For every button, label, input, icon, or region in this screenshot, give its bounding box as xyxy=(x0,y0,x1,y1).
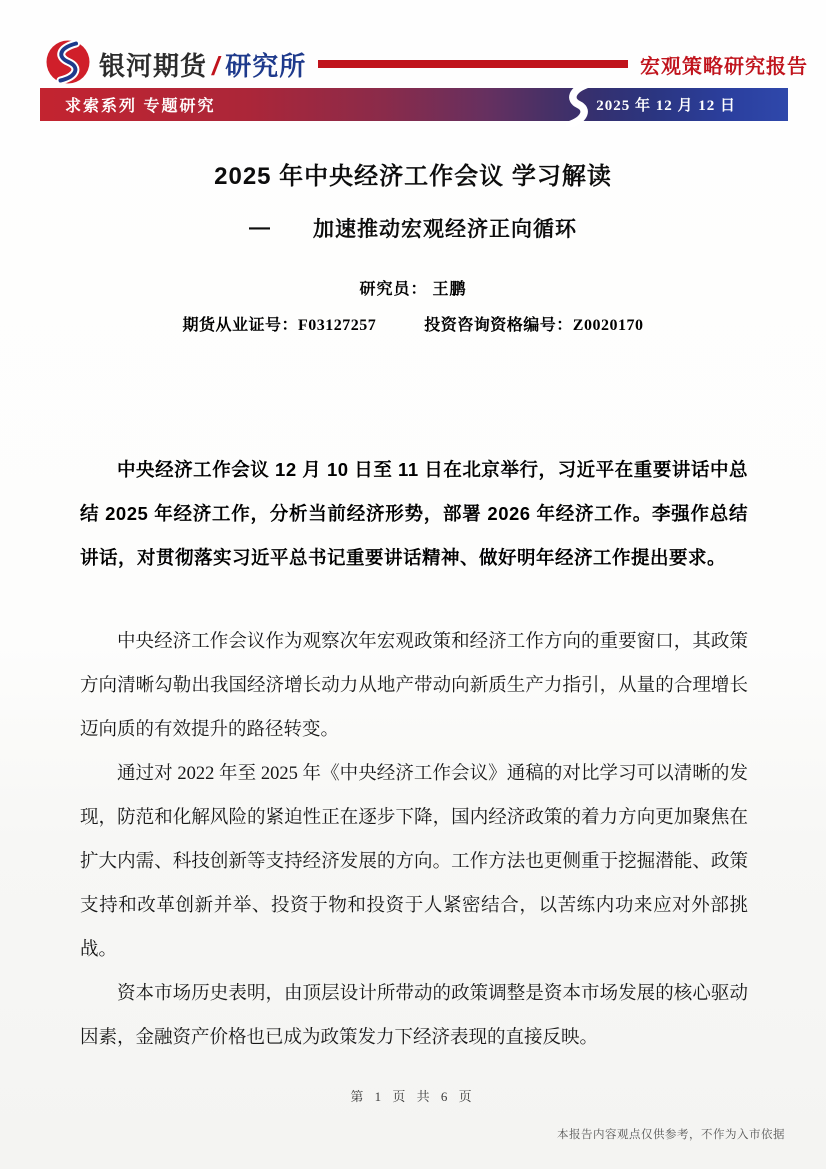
body-paragraph: 资本市场历史表明，由顶层设计所带动的政策调整是资本市场发展的核心驱动因素，金融资… xyxy=(80,972,748,1060)
galaxy-logo-icon xyxy=(45,39,91,90)
practice-cert: 期货从业证号：F03127257 xyxy=(183,312,377,335)
researcher-line: 研究员： 王鹏 xyxy=(0,276,826,299)
banner-series-title: 求索系列 专题研究 xyxy=(65,93,215,116)
body-paragraph: 中央经济工作会议 12 月 10 日至 11 日在北京举行，习近平在重要讲话中总… xyxy=(80,448,748,580)
body-text: 中央经济工作会议 12 月 10 日至 11 日在北京举行，习近平在重要讲话中总… xyxy=(80,448,748,1060)
report-subtitle: — 加速推动宏观经济正向循环 xyxy=(0,213,826,243)
body-paragraph: 通过对 2022 年至 2025 年《中央经济工作会议》通稿的对比学习可以清晰的… xyxy=(80,752,748,972)
brand-division: 研究所 xyxy=(225,46,306,83)
report-type-label: 宏观策略研究报告 xyxy=(640,50,808,79)
brand-name: 银河期货 xyxy=(99,46,207,83)
advisory-cert: 投资咨询资格编号：Z0020170 xyxy=(424,312,643,335)
credentials-line: 期货从业证号：F03127257 投资咨询资格编号：Z0020170 xyxy=(0,312,826,335)
page-number: 第 1 页 共 6 页 xyxy=(0,1086,826,1105)
brand-separator: / xyxy=(212,51,220,82)
subtitle-text: 加速推动宏观经济正向循环 xyxy=(313,213,577,243)
header-rule xyxy=(318,60,628,68)
brand-wordmark: 银河期货 / 研究所 xyxy=(99,46,306,83)
banner-date: 2025 年 12 月 12 日 xyxy=(596,94,736,115)
subtitle-dash: — xyxy=(249,216,271,240)
report-page: 银河期货 / 研究所 宏观策略研究报告 求索系列 专题研究 2025 年 12 … xyxy=(0,0,826,1169)
report-title: 2025 年中央经济工作会议 学习解读 xyxy=(0,156,826,191)
galaxy-s-swoosh-icon xyxy=(561,82,595,132)
disclaimer: 本报告内容观点仅供参考，不作为入市依据 xyxy=(557,1126,785,1142)
series-banner: 求索系列 专题研究 2025 年 12 月 12 日 xyxy=(40,88,788,121)
header: 银河期货 / 研究所 宏观策略研究报告 xyxy=(45,40,808,88)
body-paragraph: 中央经济工作会议作为观察次年宏观政策和经济工作方向的重要窗口，其政策方向清晰勾勒… xyxy=(80,620,748,752)
